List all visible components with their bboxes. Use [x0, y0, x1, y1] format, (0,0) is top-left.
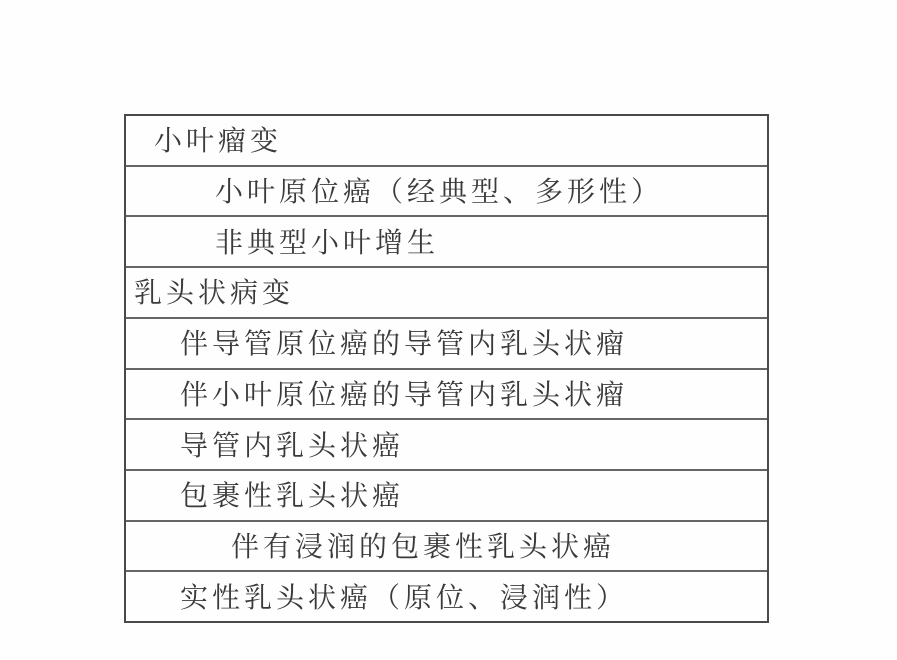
table-row: 小叶原位癌（经典型、多形性） [126, 165, 767, 216]
table-row: 伴导管原位癌的导管内乳头状瘤 [126, 317, 767, 368]
row-label: 非典型小叶增生 [126, 226, 439, 258]
row-label: 包裹性乳头状癌 [126, 479, 404, 511]
table-row: 伴小叶原位癌的导管内乳头状瘤 [126, 368, 767, 419]
table-row: 乳头状病变 [126, 266, 767, 317]
row-label: 实性乳头状癌（原位、浸润性） [126, 581, 628, 613]
row-label: 小叶瘤变 [126, 124, 282, 156]
row-label: 伴导管原位癌的导管内乳头状瘤 [126, 327, 628, 359]
table-row: 包裹性乳头状癌 [126, 469, 767, 520]
row-label: 伴小叶原位癌的导管内乳头状瘤 [126, 378, 628, 410]
lesion-classification-table: 小叶瘤变 小叶原位癌（经典型、多形性） 非典型小叶增生 乳头状病变 伴导管原位癌… [124, 114, 769, 623]
row-label: 小叶原位癌（经典型、多形性） [126, 175, 663, 207]
row-label: 伴有浸润的包裹性乳头状癌 [126, 530, 615, 562]
row-label: 导管内乳头状癌 [126, 429, 404, 461]
table-row: 导管内乳头状癌 [126, 418, 767, 469]
document-page: 小叶瘤变 小叶原位癌（经典型、多形性） 非典型小叶增生 乳头状病变 伴导管原位癌… [0, 0, 897, 660]
table-row: 小叶瘤变 [126, 116, 767, 165]
table-row: 实性乳头状癌（原位、浸润性） [126, 570, 767, 621]
row-label: 乳头状病变 [126, 276, 294, 308]
table-row: 非典型小叶增生 [126, 215, 767, 266]
table-row: 伴有浸润的包裹性乳头状癌 [126, 520, 767, 571]
